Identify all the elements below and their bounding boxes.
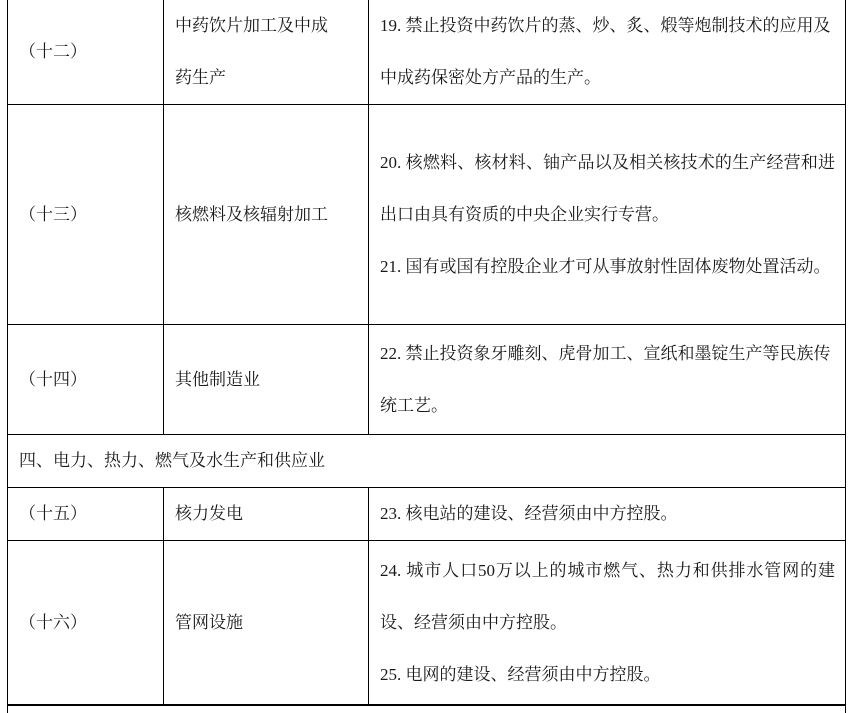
table-row: （十六） 管网设施 24. 城市人口50万以上的城市燃气、热力和供排水管网的建设… [8,541,845,706]
row-number: （十五） [19,488,153,540]
table-row-partial [8,706,845,713]
section-header-row: 四、电力、热力、燃气及水生产和供应业 [8,435,845,488]
category-cell: 管网设施 [164,541,369,704]
row-number-cell: （十四） [8,325,164,434]
document-page: （十二） 中药饮片加工及中成药生产 19. 禁止投资中药饮片的蒸、炒、炙、煅等炮… [0,0,857,713]
row-number-cell: （十三） [8,105,164,324]
row-number: （十六） [19,597,153,649]
measure-item: 25. 电网的建设、经营须由中方控股。 [380,649,835,701]
category-text: 管网设施 [175,597,338,649]
measure-item: 23. 核电站的建设、经营须由中方控股。 [380,488,835,540]
category-cell: 核燃料及核辐射加工 [164,105,369,324]
measures-cell: 22. 禁止投资象牙雕刻、虎骨加工、宣纸和墨锭生产等民族传统工艺。 [369,325,845,434]
category-cell: 核力发电 [164,488,369,540]
category-text: 核力发电 [175,488,338,540]
category-text: 核燃料及核辐射加工 [175,189,338,241]
measure-item: 22. 禁止投资象牙雕刻、虎骨加工、宣纸和墨锭生产等民族传统工艺。 [380,328,835,432]
row-number-cell: （十六） [8,541,164,704]
measures-cell: 23. 核电站的建设、经营须由中方控股。 [369,488,845,540]
row-number: （十四） [19,354,153,406]
table-row: （十四） 其他制造业 22. 禁止投资象牙雕刻、虎骨加工、宣纸和墨锭生产等民族传… [8,325,845,435]
category-text: 中药饮片加工及中成药生产 [175,0,338,104]
measure-item: 21. 国有或国有控股企业才可从事放射性固体废物处置活动。 [380,241,835,293]
measures-cell: 24. 城市人口50万以上的城市燃气、热力和供排水管网的建设、经营须由中方控股。… [369,541,845,704]
measure-item: 19. 禁止投资中药饮片的蒸、炒、炙、煅等炮制技术的应用及中成药保密处方产品的生… [380,0,835,104]
category-cell: 其他制造业 [164,325,369,434]
category-text: 其他制造业 [175,354,338,406]
table-row: （十五） 核力发电 23. 核电站的建设、经营须由中方控股。 [8,488,845,541]
table-row: （十二） 中药饮片加工及中成药生产 19. 禁止投资中药饮片的蒸、炒、炙、煅等炮… [8,0,845,105]
row-number-cell: （十二） [8,0,164,104]
negative-list-table: （十二） 中药饮片加工及中成药生产 19. 禁止投资中药饮片的蒸、炒、炙、煅等炮… [7,0,846,713]
row-number-cell: （十五） [8,488,164,540]
measures-cell: 19. 禁止投资中药饮片的蒸、炒、炙、煅等炮制技术的应用及中成药保密处方产品的生… [369,0,845,104]
category-cell: 中药饮片加工及中成药生产 [164,0,369,104]
row-number: （十二） [19,26,153,78]
measures-cell: 20. 核燃料、核材料、铀产品以及相关核技术的生产经营和进出口由具有资质的中央企… [369,105,845,324]
section-header-cell: 四、电力、热力、燃气及水生产和供应业 [8,435,845,487]
table-row: （十三） 核燃料及核辐射加工 20. 核燃料、核材料、铀产品以及相关核技术的生产… [8,105,845,325]
row-number: （十三） [19,189,153,241]
measure-item: 20. 核燃料、核材料、铀产品以及相关核技术的生产经营和进出口由具有资质的中央企… [380,137,835,241]
section-header-text: 四、电力、热力、燃气及水生产和供应业 [19,435,835,487]
measure-item: 24. 城市人口50万以上的城市燃气、热力和供排水管网的建设、经营须由中方控股。 [380,545,835,649]
